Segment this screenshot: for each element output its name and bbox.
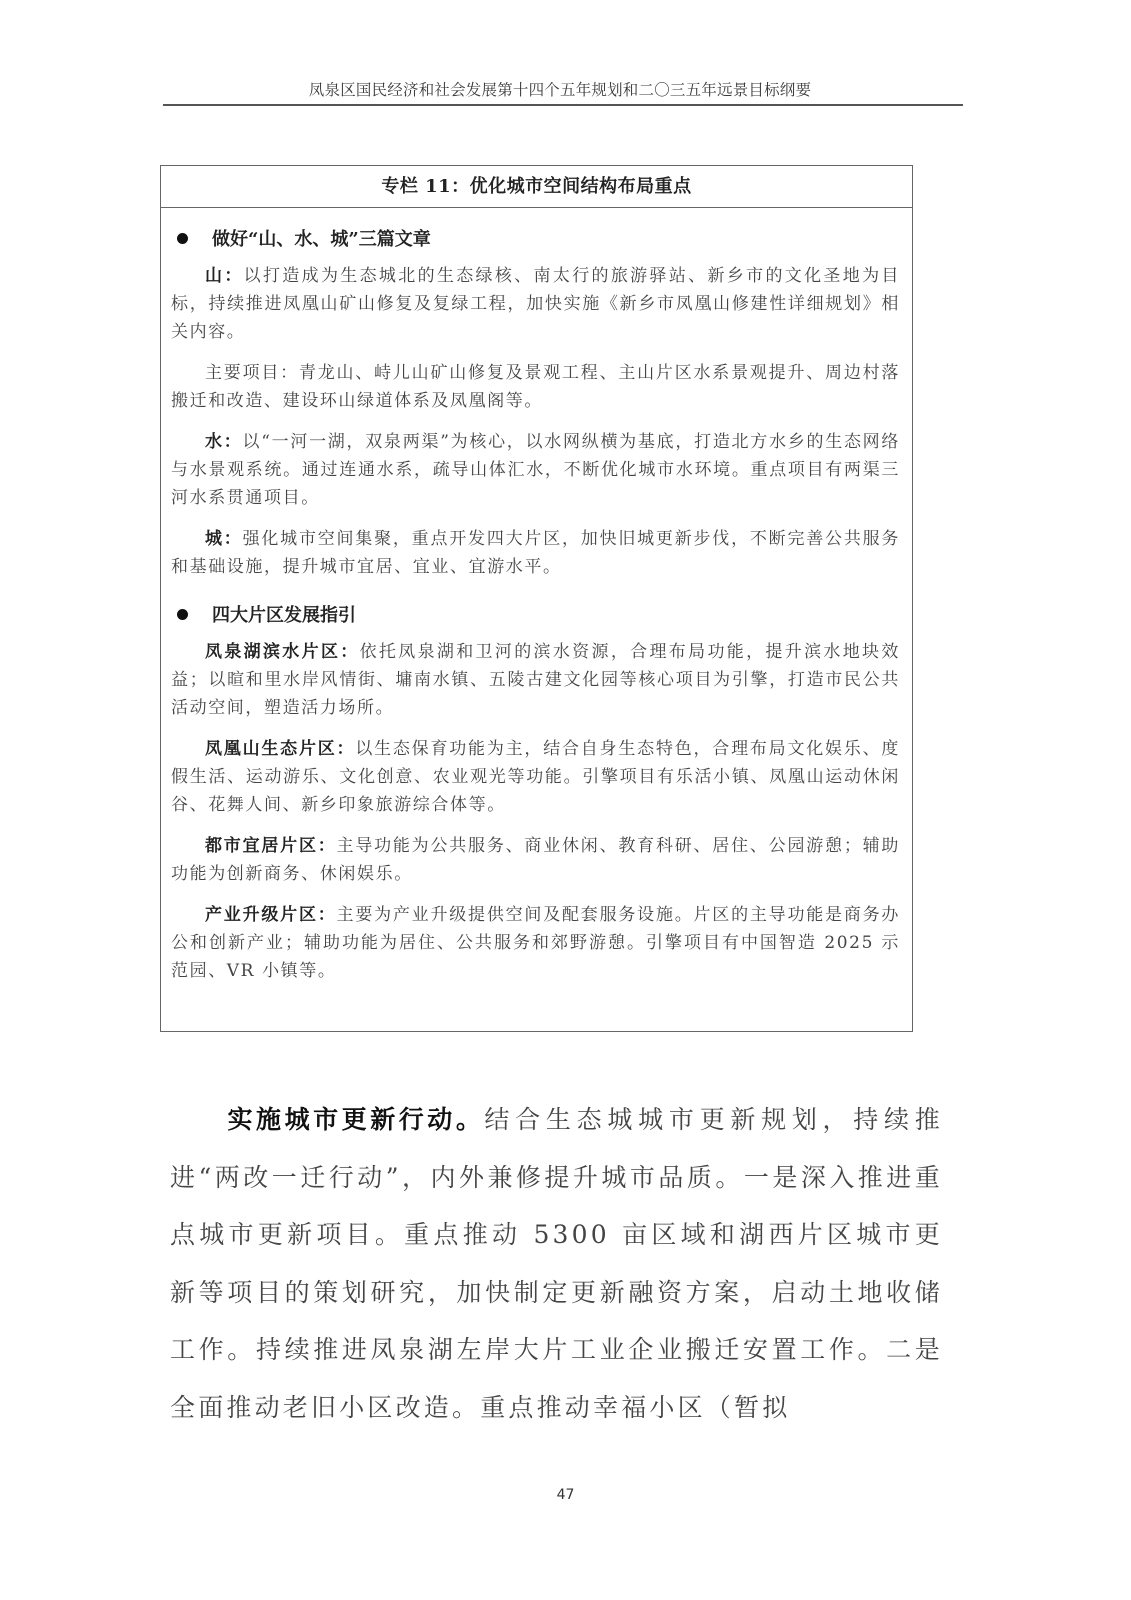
- page-number: 47: [0, 1487, 1131, 1503]
- section-heading-text: 做好“山、水、城”三篇文章: [212, 225, 431, 251]
- paragraph-text: 强化城市空间集聚，重点开发四大片区，加快旧城更新步伐，不断完善公共服务和基础设施…: [171, 529, 900, 577]
- paragraph: 都市宜居片区：主导功能为公共服务、商业休闲、教育科研、居住、公园游憩；辅助功能为…: [171, 832, 900, 888]
- body-paragraph-text: 结合生态城城市更新规划，持续推进“两改一迁行动”，内外兼修提升城市品质。一是深入…: [170, 1105, 943, 1422]
- paragraph-lead: 水：: [205, 432, 242, 452]
- header-rule: [163, 104, 963, 106]
- paragraph: 凤凰山生态片区：以生态保育功能为主，结合自身生态特色，合理布局文化娱乐、度假生活…: [171, 735, 900, 819]
- body-paragraph-lead: 实施城市更新行动。: [228, 1105, 485, 1134]
- paragraph-lead: 凤泉湖滨水片区：: [205, 642, 360, 662]
- paragraph: 产业升级片区：主要为产业升级提供空间及配套服务设施。片区的主导功能是商务办公和创…: [171, 901, 900, 985]
- paragraph-lead: 山：: [205, 266, 244, 286]
- body-paragraph: 实施城市更新行动。结合生态城城市更新规划，持续推进“两改一迁行动”，内外兼修提升…: [170, 1091, 943, 1436]
- paragraph-text: 以打造成为生态城北的生态绿核、南太行的旅游驿站、新乡市的文化圣地为目标，持续推进…: [171, 266, 900, 342]
- paragraph: 水：以“一河一湖，双泉两渠”为核心，以水网纵横为基底，打造北方水乡的生态网络与水…: [171, 428, 900, 512]
- paragraph-lead: 凤凰山生态片区：: [205, 739, 355, 759]
- bullet-icon: [177, 609, 188, 620]
- bullet-icon: [177, 233, 188, 244]
- column-box: 专栏 11：优化城市空间结构布局重点 做好“山、水、城”三篇文章 山：以打造成为…: [160, 165, 913, 1032]
- running-header-title: 凤泉区国民经济和社会发展第十四个五年规划和二〇三五年远景目标纲要: [160, 78, 960, 100]
- paragraph: 凤泉湖滨水片区：依托凤泉湖和卫河的滨水资源，合理布局功能，提升滨水地块效益；以暄…: [171, 638, 900, 722]
- paragraph: 主要项目：青龙山、峙儿山矿山修复及景观工程、主山片区水系景观提升、周边村落搬迁和…: [171, 359, 900, 415]
- paragraph: 城：强化城市空间集聚，重点开发四大片区，加快旧城更新步伐，不断完善公共服务和基础…: [171, 525, 900, 581]
- paragraph: 山：以打造成为生态城北的生态绿核、南太行的旅游驿站、新乡市的文化圣地为目标，持续…: [171, 262, 900, 346]
- section-heading: 做好“山、水、城”三篇文章: [171, 218, 900, 258]
- paragraph-text: 以“一河一湖，双泉两渠”为核心，以水网纵横为基底，打造北方水乡的生态网络与水景观…: [171, 432, 900, 508]
- column-box-body: 做好“山、水、城”三篇文章 山：以打造成为生态城北的生态绿核、南太行的旅游驿站、…: [161, 208, 912, 985]
- paragraph-lead: 产业升级片区：: [205, 905, 337, 925]
- section-heading-text: 四大片区发展指引: [212, 601, 356, 627]
- paragraph-lead: 都市宜居片区：: [205, 836, 337, 856]
- paragraph-text: 主要项目：青龙山、峙儿山矿山修复及景观工程、主山片区水系景观提升、周边村落搬迁和…: [171, 363, 900, 411]
- column-box-title: 专栏 11：优化城市空间结构布局重点: [161, 166, 912, 208]
- section-heading: 四大片区发展指引: [171, 594, 900, 634]
- paragraph-lead: 城：: [205, 529, 243, 549]
